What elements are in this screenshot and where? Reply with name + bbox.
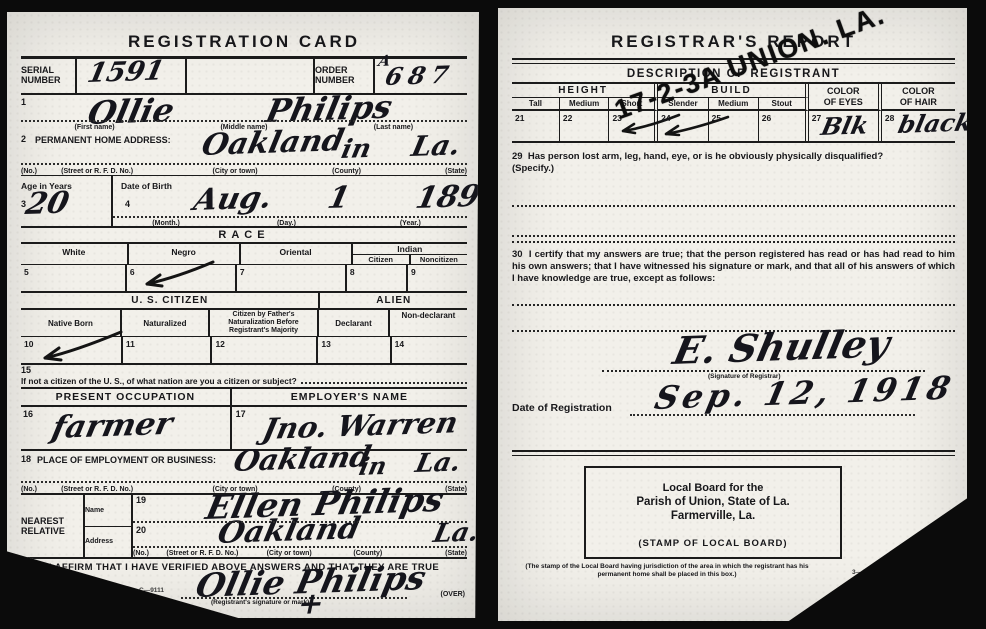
address-label-no: (No.) bbox=[21, 168, 61, 175]
over-label: (OVER) bbox=[441, 591, 466, 598]
board-line-3: Farmerville, La. bbox=[592, 510, 834, 522]
desc-cell-25: 25 bbox=[709, 111, 759, 141]
desc-cell-28: 28 black bbox=[882, 111, 955, 141]
race-title: RACE bbox=[21, 229, 467, 241]
alien-header: ALIEN bbox=[320, 293, 467, 308]
race-indian-header: Indian bbox=[353, 244, 467, 255]
line18-number: 18 bbox=[21, 454, 31, 464]
employment-label-no: (No.) bbox=[21, 486, 61, 493]
employment-label: PLACE OF EMPLOYMENT OR BUSINESS: bbox=[37, 455, 216, 465]
form-identifier: P. M. G. O. Form No. 1 (Red) bbox=[23, 577, 100, 600]
race-indian-citizen-header: Citizen bbox=[353, 255, 411, 264]
desc-cell-22: 22 bbox=[560, 111, 610, 141]
relative-address-state-handwriting: La. bbox=[431, 520, 479, 548]
dob-number: 4 bbox=[125, 199, 130, 209]
address-label-state: (State) bbox=[400, 168, 467, 175]
relative-label-city: (City or town) bbox=[267, 550, 354, 557]
citizen-cell-naturalized: 11 bbox=[123, 337, 213, 363]
registration-card: REGISTRATION CARD SERIAL NUMBER 1591 ORD… bbox=[7, 12, 479, 618]
line30-number: 30 bbox=[512, 249, 523, 260]
serial-number-value: 1591 bbox=[77, 59, 187, 93]
age-dob-row: Age in Years 3 20 Date of Birth 4 Aug. 1… bbox=[21, 175, 467, 228]
line29-text: Has person lost arm, leg, hand, eye, or … bbox=[528, 151, 883, 162]
report-form-code: 3—6171 bbox=[852, 569, 877, 576]
relative-address-label: Address bbox=[85, 527, 131, 558]
race-cell-indian-citizen: 8 bbox=[347, 265, 408, 291]
dob-label: Date of Birth bbox=[121, 181, 172, 191]
race-oriental-header: Oriental bbox=[241, 244, 353, 264]
address-label-city: (City or town) bbox=[177, 168, 293, 175]
color-of-hair-header: COLOROF HAIR bbox=[882, 84, 955, 111]
line29-answer-line-1 bbox=[512, 205, 955, 207]
race-indian-noncitizen-header: Noncitizen bbox=[411, 255, 467, 264]
race-table: White Negro Oriental Indian Citizen Nonc… bbox=[21, 242, 467, 293]
occupation-employer-header-row: PRESENT OCCUPATION EMPLOYER'S NAME bbox=[21, 387, 467, 407]
first-name-label: (First name) bbox=[21, 124, 168, 131]
home-address-mid-handwriting: in bbox=[339, 136, 374, 163]
hair-color-handwriting: black bbox=[896, 110, 967, 137]
nearest-relative-block: NEAREST RELATIVE Name Address 19 20 Elle… bbox=[21, 493, 467, 559]
registrar-signature-handwriting: E. Shulley bbox=[670, 324, 893, 369]
relative-address-city-handwriting: Oakland bbox=[215, 514, 363, 549]
home-address-label: PERMANENT HOME ADDRESS: bbox=[35, 135, 171, 145]
line30-block: 30 I certify that my answers are true; t… bbox=[512, 249, 955, 286]
home-address-row: 2 PERMANENT HOME ADDRESS: Oakland in La.… bbox=[21, 131, 467, 175]
desc-cell-21: 21 bbox=[512, 111, 560, 141]
dob-year-handwriting: 1898 bbox=[413, 181, 479, 214]
serial-order-row: SERIAL NUMBER 1591 ORDER NUMBER A 687 bbox=[21, 56, 467, 95]
line29-block: 29 Has person lost arm, leg, hand, eye, … bbox=[512, 151, 955, 175]
stamp-of-local-board-label: (STAMP OF LOCAL BOARD) bbox=[592, 538, 834, 549]
race-cell-indian-noncitizen: 9 bbox=[408, 265, 467, 291]
line1-number: 1 bbox=[21, 97, 26, 107]
date-of-registration-handwriting: Sep. 12, 1918 bbox=[652, 371, 957, 413]
age-value-handwriting: 20 bbox=[23, 189, 72, 220]
citizen-cell-nondeclarant: 14 bbox=[392, 337, 467, 363]
registration-card-title: REGISTRATION CARD bbox=[21, 32, 467, 52]
dob-month-handwriting: Aug. bbox=[191, 183, 275, 216]
date-of-registration-label: Date of Registration bbox=[512, 402, 612, 414]
citizen-table: Native Born Naturalized Citizen by Fathe… bbox=[21, 310, 467, 365]
fine-print-row: (The stamp of the Local Board having jur… bbox=[512, 563, 955, 579]
line20-number: 20 bbox=[136, 525, 146, 535]
home-address-state-handwriting: La. bbox=[409, 131, 463, 161]
race-cell-oriental: 7 bbox=[237, 265, 347, 291]
board-fine-print: (The stamp of the Local Board having jur… bbox=[512, 563, 822, 579]
non-declarant-header: Non-declarant bbox=[390, 310, 467, 336]
height-tall-header: Tall bbox=[512, 98, 560, 111]
employment-state-handwriting: La. bbox=[413, 450, 463, 478]
race-cell-negro: 6 bbox=[127, 265, 237, 291]
scanned-draft-cards: REGISTRATION CARD SERIAL NUMBER 1591 ORD… bbox=[0, 0, 986, 629]
race-negro-header: Negro bbox=[129, 244, 241, 264]
dob-year-label: (Year.) bbox=[354, 220, 467, 227]
local-board-stamp-box: Local Board for the Parish of Union, Sta… bbox=[584, 466, 842, 559]
build-stout-header: Stout bbox=[759, 98, 809, 111]
board-line-1: Local Board for the bbox=[592, 482, 834, 494]
citizen-by-father-header: Citizen by Father's Naturalization Befor… bbox=[210, 310, 319, 336]
home-address-city-handwriting: Oakland bbox=[199, 126, 347, 161]
citizen-alien-header-row: U. S. CITIZEN ALIEN bbox=[21, 293, 467, 310]
line29-answer-line-2 bbox=[512, 235, 955, 243]
employment-mid-handwriting: in bbox=[357, 454, 389, 479]
naturalized-header: Naturalized bbox=[122, 310, 210, 336]
relative-label-county: (County) bbox=[353, 550, 416, 557]
date-of-registration-row: Date of Registration Sep. 12, 1918 bbox=[512, 388, 955, 428]
line17-number: 17 bbox=[236, 409, 246, 419]
desc-cell-24: 24 bbox=[658, 111, 709, 141]
desc-cell-26: 26 bbox=[759, 111, 809, 141]
eyes-color-handwriting: Blk bbox=[819, 113, 871, 139]
form-signature-row: P. M. G. O. Form No. 1 (Red) C—9111 Olli… bbox=[21, 575, 467, 609]
name-row: 1 Ollie Philips (First name) (Middle nam… bbox=[21, 95, 467, 131]
race-white-header: White bbox=[21, 244, 129, 264]
occupation-handwriting: farmer bbox=[49, 409, 175, 444]
line15-number: 15 bbox=[21, 365, 31, 375]
line29-number: 29 bbox=[512, 151, 523, 162]
line29-specify-label: (Specify.) bbox=[512, 163, 554, 174]
declarant-header: Declarant bbox=[319, 310, 390, 336]
address-label-county: (County) bbox=[293, 168, 400, 175]
registrant-signature-label: (Registrant's signature or mark) bbox=[211, 599, 309, 606]
height-medium-header: Medium bbox=[560, 98, 610, 111]
line16-number: 16 bbox=[23, 409, 33, 419]
employers-name-header: EMPLOYER'S NAME bbox=[232, 389, 467, 405]
line2-number: 2 bbox=[21, 134, 26, 144]
cut-corner-text-fragment: (O bbox=[911, 569, 919, 576]
relative-name-label: Name bbox=[85, 495, 131, 527]
native-born-header: Native Born bbox=[21, 310, 122, 336]
dob-day-handwriting: 1 bbox=[325, 183, 352, 214]
form-code: C—9111 bbox=[139, 587, 164, 594]
desc-cell-27: 27 Blk bbox=[809, 111, 882, 141]
board-line-2: Parish of Union, State of La. bbox=[592, 496, 834, 508]
line15-row: 15 If not a citizen of the U. S., of wha… bbox=[21, 365, 467, 387]
dob-day-label: (Day.) bbox=[219, 220, 354, 227]
description-table: HEIGHT BUILD COLOROF EYES COLOROF HAIR T… bbox=[512, 82, 955, 143]
registrars-report-card: REGISTRAR'S REPORT DESCRIPTION OF REGIST… bbox=[498, 8, 967, 621]
build-medium-header: Medium bbox=[709, 98, 759, 111]
race-cell-white: 5 bbox=[21, 265, 127, 291]
dob-month-label: (Month.) bbox=[113, 220, 219, 227]
line15-text: If not a citizen of the U. S., of what n… bbox=[21, 376, 297, 386]
relative-label-no: (No.) bbox=[133, 550, 166, 557]
address-label-street: (Street or R. F. D. No.) bbox=[61, 168, 177, 175]
citizen-cell-father: 12 bbox=[212, 337, 318, 363]
employment-city-handwriting: Oakland bbox=[231, 442, 374, 476]
line30-answer-line-1 bbox=[512, 304, 955, 306]
serial-number-label: SERIAL NUMBER bbox=[21, 59, 77, 93]
citizen-cell-native: 10 bbox=[21, 337, 123, 363]
line19-number: 19 bbox=[136, 495, 146, 505]
registrars-report-title: REGISTRAR'S REPORT bbox=[512, 32, 955, 52]
registrant-mark-handwriting: + bbox=[295, 589, 327, 618]
line30-text: I certify that my answers are true; that… bbox=[512, 249, 955, 285]
present-occupation-header: PRESENT OCCUPATION bbox=[21, 389, 232, 405]
us-citizen-header: U. S. CITIZEN bbox=[21, 293, 320, 308]
nearest-relative-label: NEAREST RELATIVE bbox=[21, 495, 85, 557]
relative-label-street: (Street or R. F. D. No.) bbox=[166, 550, 266, 557]
relative-label-state: (State) bbox=[417, 550, 467, 557]
citizen-cell-declarant: 13 bbox=[318, 337, 391, 363]
color-of-eyes-header: COLOROF EYES bbox=[809, 84, 882, 111]
employment-label-street: (Street or R. F. D. No.) bbox=[61, 486, 177, 493]
